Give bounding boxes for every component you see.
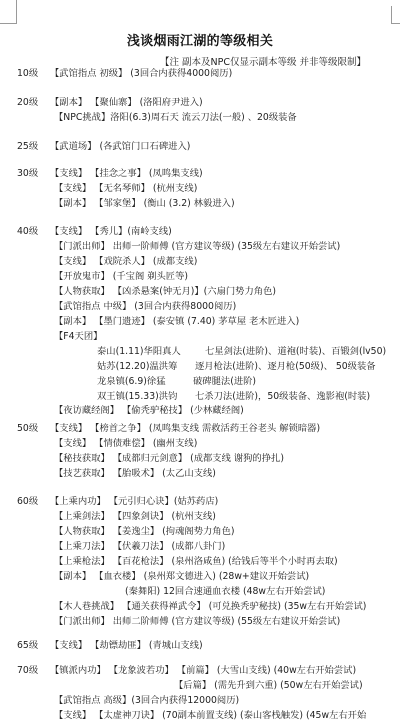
f4-who: 泰山(1.11)华阳真人 [97,346,181,358]
entry: 【人物获取】 【凶杀悬案(钟无月)】(六扇门势力角色) [54,286,276,298]
entry: 【武馆指点 中级】 (3回合内获得8000阅历) [54,301,236,313]
entry: 【秘技获取】 【成都归元剑意】 (成都支线 谢狗的挣扎) [54,453,284,465]
document-note: 【注 副本及NPC仅显示副本等级 并非等级限制】 [160,54,366,68]
page-corner-mark [0,0,17,24]
entry: 【副本】 【墨门遗迹】 (泰安镇 (7.40) 茅草屋 老木匠进入) [54,316,299,328]
entry: (秦舞阳) 12回合速通血衣楼 (48w左右开始尝试) [125,586,325,598]
f4-reward: 七星剑法(进阶)、道袍(时装)、百锻剑(lv50) [205,346,386,358]
entry: 【人物获取】 【姜逸尘】 (拘魂阁势力角色) [54,526,235,538]
level-label: 60级 [17,496,38,508]
level-label: 65级 [17,640,38,652]
f4-reward: 破碑腿法(进阶) [193,376,256,388]
entry: 【支线】 【劫镖劫匪】 (青城山支线) [50,640,203,652]
entry: 【门派出师】 出师二阶师傅 (官方建议等级) (55级左右建议开始尝试) [54,616,340,628]
entry: 【支线】 【戏院杀人】 (成都支线) [54,256,197,268]
level-label: 10级 [17,68,38,80]
entry: 【镇派内功】 【龙象波若功】 【前篇】 (大雪山支线) (40w左右开始尝试) [50,665,356,677]
f4-who: 姑苏(12.20)温洪筹 [97,361,177,373]
level-label: 20级 [17,97,38,109]
level-label: 25级 [17,141,38,153]
entry: 【后篇】 (需先升到六重) (50w左右开始尝试) [174,680,363,692]
entry: 【F4天团】 [54,331,102,343]
entry: 【支线】 【挂念之事】 (凤鸣集支线) [50,168,203,180]
entry: 【副本】 【聚仙寨】 (洛阳府尹进入) [50,97,203,109]
entry: 【技艺获取】 【胎吸术】 (太乙山支线) [54,468,216,480]
f4-who: 双王镇(15.33)洪钧 [97,391,177,403]
level-label: 40级 [17,226,38,238]
entry: 【上乘内功】 【元引归心诀】(姑苏药店) [50,496,218,508]
entry: 【门派出师】 出师一阶师傅 (官方建议等级) (35级左右建议开始尝试) [54,241,340,253]
level-label: 30级 [17,168,38,180]
entry: 【武道场】 (各武馆门口石碑进入) [50,141,190,153]
entry: 【夜访藏经阁】 【偷秃驴秘技】 (少林藏经阁) [54,405,244,417]
entry: 【支线】 【太虚神刀诀】 (70副本前置支线) (泰山客栈触发) (45w左右开… [54,710,366,720]
entry: 【支线】 【秀儿】(南岭支线) [50,226,172,238]
entry: 【副本】 【血衣楼】 (泉州郑文德进入) (28w+建议开始尝试) [54,571,309,583]
entry: 【NPC挑战】洛阳(6.3)周石天 流云刀法(一般) 、20级装备 [54,112,297,124]
entry: 【武馆指点 初级】 (3回合内获得4000阅历) [50,68,232,80]
entry: 【木人巷挑战】 【通关获得禅武令】 (可兑换秃驴秘技) (35w左右开始尝试) [54,601,366,613]
f4-who: 龙泉镇(6.9)徐猛 [97,376,166,388]
entry: 【上乘剑法】 【四象剑诀】 (杭州支线) [54,511,216,523]
level-label: 70级 [17,665,38,677]
entry: 【开放鬼市】 (千宝阁 剃头匠等) [54,271,188,283]
level-label: 50级 [17,423,38,435]
entry: 【支线】 【无名琴师】 (杭州支线) [54,183,197,195]
entry: 【武馆指点 高级】(3回合内获得12000阅历) [54,695,239,707]
entry: 【上乘枪法】 【百花枪法】 (泉州洛咸鱼) (给钱后等半个小时再去取) [54,556,338,568]
f4-reward: 七杀刀法(进阶)，50级装备、逸影袍(时装) [195,391,370,403]
page-corner-mark [391,6,400,24]
document-title: 浅谈烟雨江湖的等级相关 [0,30,400,49]
entry: 【副本】 【邹家堡】 (衡山 (3.2) 林毅进入) [54,198,235,210]
entry: 【上乘刀法】 【伏羲刀法】 (成都八卦门) [54,541,225,553]
f4-reward: 逐月枪法(进阶)、逐月枪(50级)、 50级装备 [195,361,376,373]
entry: 【支线】 【情债难偿】 (幽州支线) [54,438,197,450]
entry: 【支线】 【榜首之争】 (凤鸣集支线 需救活药王谷老头 解锁暗器) [50,423,320,435]
